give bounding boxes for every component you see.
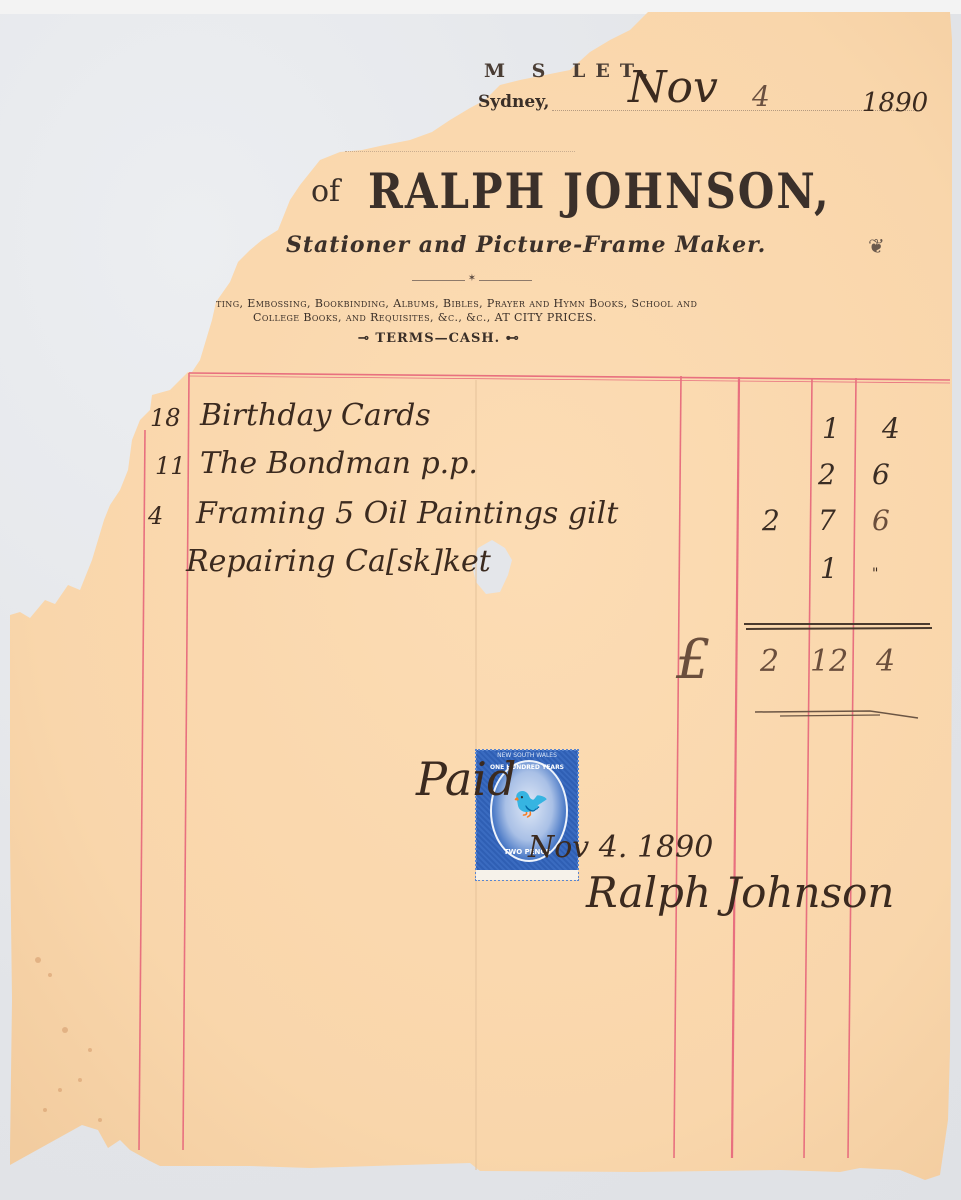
- merchant-name: RALPH JOHNSON,: [368, 163, 831, 219]
- handwritten-month: Nov: [628, 62, 718, 113]
- item-pence: 6: [872, 504, 890, 537]
- invoice-year: 1890: [862, 88, 928, 118]
- item-qty: 18: [150, 404, 181, 432]
- emu-icon: 🐦: [512, 786, 549, 821]
- item-pounds: 2: [762, 504, 780, 537]
- item-description: Birthday Cards: [200, 398, 431, 433]
- total-pence: 4: [876, 644, 895, 679]
- item-shillings: 1: [822, 412, 840, 445]
- item-pence: 6: [872, 458, 890, 491]
- total-pounds: 2: [760, 644, 779, 679]
- payment-terms: ⊸ TERMS—CASH. ⊷: [358, 331, 520, 346]
- divider-ornament-icon: ✶: [465, 273, 479, 284]
- services-line-2: College Books, and Requisites, &c., &c.,…: [253, 311, 597, 324]
- item-description: The Bondman p.p.: [200, 446, 478, 481]
- stamp-margin: [476, 870, 578, 880]
- item-description: Repairing Ca[sk]ket: [186, 544, 491, 579]
- pound-sign: £: [676, 628, 710, 691]
- merchant-trade: Stationer and Picture-Frame Maker.: [286, 232, 766, 258]
- item-pence: 4: [882, 412, 900, 445]
- handwritten-day: 4: [752, 80, 770, 113]
- item-shillings: 1: [820, 552, 838, 585]
- signature: Ralph Johnson: [586, 868, 894, 917]
- city-label: Sydney,: [478, 92, 549, 112]
- fleuron-icon: ❦: [868, 234, 885, 258]
- paid-mark: Paid: [416, 752, 516, 806]
- item-qty: 11: [155, 452, 186, 480]
- name-dotted-line: [345, 151, 575, 152]
- header-divider: ✶: [412, 273, 532, 284]
- item-shillings: 2: [818, 458, 836, 491]
- item-shillings: 7: [818, 504, 836, 537]
- paid-date: Nov 4. 1890: [528, 830, 713, 865]
- item-description: Framing 5 Oil Paintings gilt: [196, 496, 618, 531]
- item-qty: 4: [148, 502, 163, 530]
- item-pence: ": [872, 566, 878, 582]
- services-line-1: ting, Embossing, Bookbinding, Albums, Bi…: [216, 297, 697, 310]
- total-shillings: 12: [810, 644, 848, 679]
- of-prefix: of: [311, 174, 340, 209]
